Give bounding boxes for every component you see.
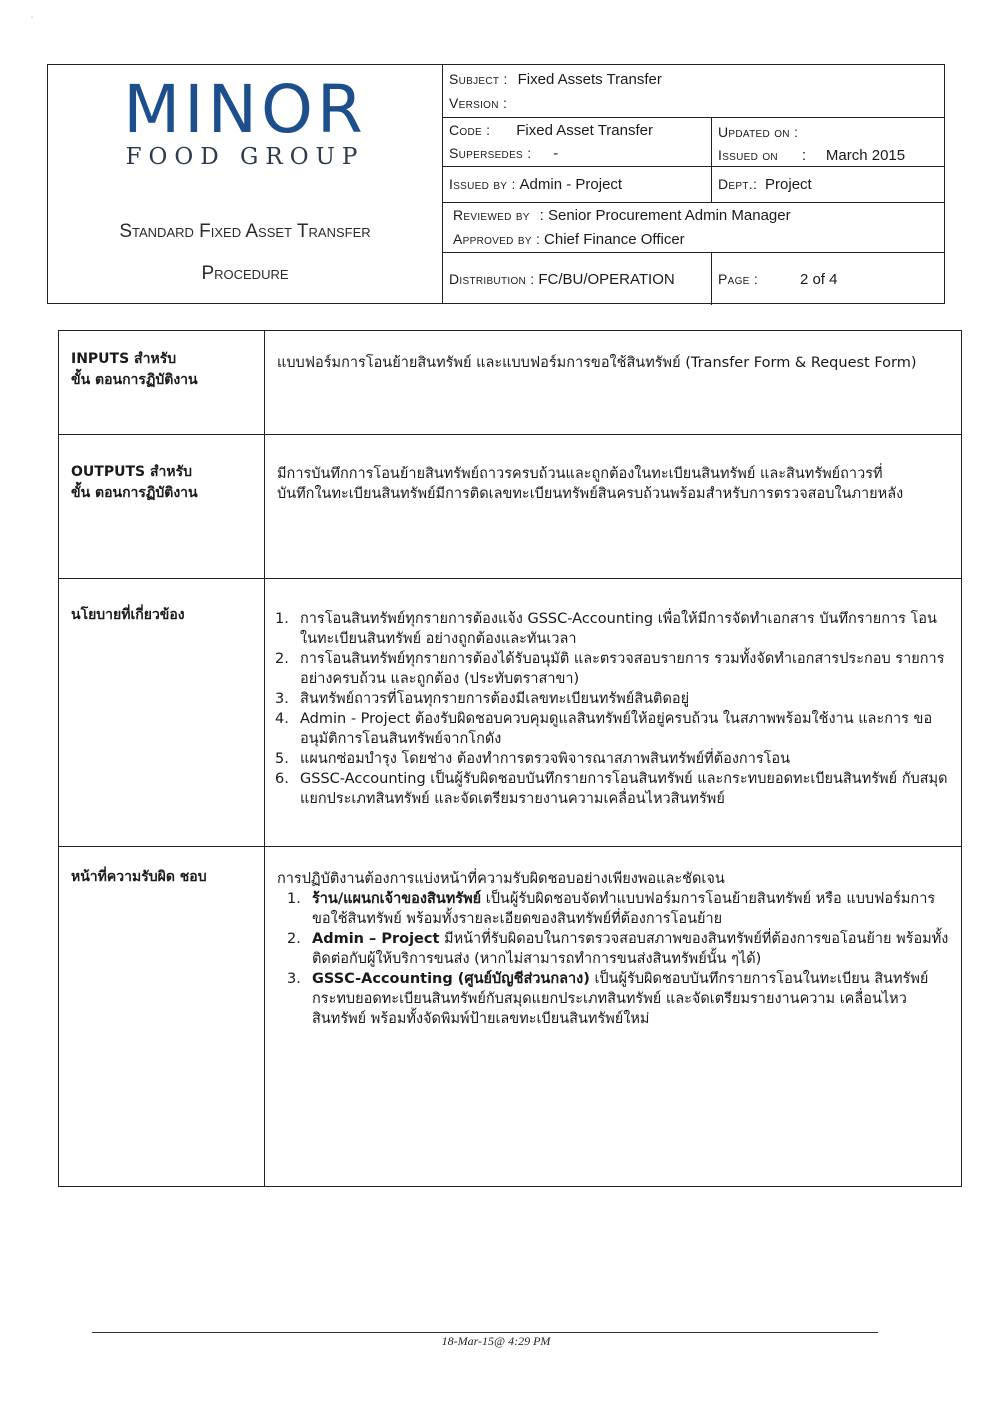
code-column: Code : Fixed Asset Transfer Supersedes :… [443, 118, 711, 166]
row-outputs: OUTPUTS สำหรับ ขั้น ตอนการฏิบัติงาน มีกา… [59, 435, 961, 579]
policy-label-cell: นโยบายที่เกี่ยวข้อง [59, 579, 265, 846]
inputs-label-line1: INPUTS สำหรับ [71, 349, 198, 370]
document-title-line2: Procedure [48, 253, 442, 295]
responsibility-list: 1.ร้าน/แผนกเจ้าของสินทรัพย์ เป็นผู้รับผิ… [287, 889, 953, 1029]
document-title: Standard Fixed Asset Transfer Procedure [48, 211, 442, 295]
supersedes-label: Supersedes : [449, 145, 531, 161]
issued-by-label: Issued by : [449, 176, 516, 192]
row-responsibility: หน้าที่ความรับผิด ชอบ การปฏิบัติงานต้องก… [59, 847, 961, 1186]
footer-timestamp: 18-Mar-15@ 4:29 PM [0, 1334, 992, 1349]
supersedes-value: - [553, 145, 558, 162]
policy-item: 6.GSSC-Accounting เป็นผู้รับผิดชอบบันทึก… [275, 769, 953, 809]
updated-on-label: Updated on : [718, 124, 798, 140]
meta-row-subject: Subject : Fixed Assets Transfer Version … [443, 65, 944, 118]
issued-by-value: Admin - Project [520, 176, 623, 193]
policy-content-cell: 1.การโอนสินทรัพย์ทุกรายการต้องแจ้ง GSSC-… [265, 579, 961, 846]
code-value: Fixed Asset Transfer [516, 122, 653, 139]
document-header: MINOR FOOD GROUP Standard Fixed Asset Tr… [47, 64, 945, 304]
meta-row-code: Code : Fixed Asset Transfer Supersedes :… [443, 118, 944, 167]
responsibility-content-cell: การปฏิบัติงานต้องการแบ่งหน้าที่ความรับผิ… [265, 847, 961, 1186]
issued-on-separator: : [802, 147, 806, 164]
responsibility-item: 1.ร้าน/แผนกเจ้าของสินทรัพย์ เป็นผู้รับผิ… [287, 889, 953, 929]
outputs-label-cell: OUTPUTS สำหรับ ขั้น ตอนการฏิบัติงาน [59, 435, 265, 578]
issued-on-value: March 2015 [826, 147, 905, 164]
subject-label: Subject : [449, 71, 508, 87]
approved-by-label: Approved by : [453, 231, 540, 247]
logo-cell: MINOR FOOD GROUP Standard Fixed Asset Tr… [48, 65, 443, 303]
code-field: Code : Fixed Asset Transfer [449, 122, 653, 139]
version-field: Version : [449, 95, 507, 112]
outputs-text-line2: บันทึกในทะเบียนสินทรัพย์มีการติดเลขทะเบี… [277, 484, 953, 504]
policy-item: 1.การโอนสินทรัพย์ทุกรายการต้องแจ้ง GSSC-… [275, 609, 953, 649]
outputs-text-line1: มีการบันทึกการโอนย้ายสินทรัพย์ถาวรครบถ้ว… [277, 464, 953, 484]
dept-field: Dept.: Project [718, 176, 812, 193]
dept-value: Project [765, 176, 812, 193]
footer-divider [92, 1332, 878, 1333]
meta-row-review: Reviewed by : Senior Procurement Admin M… [443, 203, 944, 253]
issued-by-field: Issued by : Admin - Project [449, 176, 622, 193]
page-value: 2 of 4 [800, 271, 838, 288]
meta-row-distribution: Distribution : FC/BU/OPERATION Page : 2 … [443, 253, 944, 305]
issued-on-label: Issued on [718, 147, 778, 163]
subject-field: Subject : Fixed Assets Transfer [449, 71, 662, 88]
version-label: Version : [449, 95, 507, 111]
dates-column: Updated on : Issued on : March 2015 [711, 118, 944, 166]
row-policy: นโยบายที่เกี่ยวข้อง 1.การโอนสินทรัพย์ทุก… [59, 579, 961, 847]
scan-artifact: ◦ [30, 14, 34, 22]
page-field: Page : 2 of 4 [718, 271, 837, 288]
updated-on-field: Updated on : [718, 124, 798, 141]
distribution-value: FC/BU/OPERATION [538, 271, 674, 288]
inputs-label: INPUTS สำหรับ ขั้น ตอนการฏิบัติงาน [71, 349, 198, 391]
distribution-field: Distribution : FC/BU/OPERATION [449, 271, 675, 288]
responsibility-item: 3.GSSC-Accounting (ศูนย์บัญชีส่วนกลาง) เ… [287, 969, 953, 1029]
policy-label: นโยบายที่เกี่ยวข้อง [71, 605, 185, 626]
distribution-column: Distribution : FC/BU/OPERATION [443, 253, 711, 305]
distribution-label: Distribution : [449, 271, 534, 287]
company-logo-subtitle: FOOD GROUP [48, 146, 442, 169]
outputs-label-line2: ขั้น ตอนการฏิบัติงาน [71, 483, 198, 504]
subject-value: Fixed Assets Transfer [518, 71, 662, 88]
supersedes-field: Supersedes : - [449, 145, 558, 162]
page-label: Page : [718, 271, 758, 287]
inputs-text: แบบฟอร์มการโอนย้ายสินทรัพย์ และแบบฟอร์มก… [277, 353, 953, 373]
responsibility-label: หน้าที่ความรับผิด ชอบ [71, 867, 207, 888]
inputs-content-cell: แบบฟอร์มการโอนย้ายสินทรัพย์ และแบบฟอร์มก… [265, 331, 961, 434]
policy-item: 4.Admin - Project ต้องรับผิดชอบควบคุมดูแ… [275, 709, 953, 749]
procedure-table: INPUTS สำหรับ ขั้น ตอนการฏิบัติงาน แบบฟอ… [58, 330, 962, 1187]
outputs-text: มีการบันทึกการโอนย้ายสินทรัพย์ถาวรครบถ้ว… [277, 464, 953, 504]
policy-item: 3.สินทรัพย์ถาวรที่โอนทุกรายการต้องมีเลขท… [275, 689, 953, 709]
reviewed-by-value: : Senior Procurement Admin Manager [540, 207, 791, 224]
responsibility-intro: การปฏิบัติงานต้องการแบ่งหน้าที่ความรับผิ… [277, 869, 953, 889]
meta-row-issued-by: Issued by : Admin - Project Dept.: Proje… [443, 167, 944, 203]
inputs-label-line2: ขั้น ตอนการฏิบัติงาน [71, 370, 198, 391]
reviewed-by-field: Reviewed by : Senior Procurement Admin M… [453, 207, 791, 224]
outputs-label-line1: OUTPUTS สำหรับ [71, 462, 198, 483]
company-logo-brand: MINOR [48, 77, 442, 143]
approved-by-field: Approved by : Chief Finance Officer [453, 231, 685, 248]
document-title-line1: Standard Fixed Asset Transfer [48, 211, 442, 253]
issued-by-column: Issued by : Admin - Project [443, 167, 711, 202]
code-label: Code : [449, 122, 490, 138]
policy-list: 1.การโอนสินทรัพย์ทุกรายการต้องแจ้ง GSSC-… [275, 609, 953, 809]
outputs-label: OUTPUTS สำหรับ ขั้น ตอนการฏิบัติงาน [71, 462, 198, 504]
approved-by-value: Chief Finance Officer [544, 231, 685, 248]
responsibility-label-cell: หน้าที่ความรับผิด ชอบ [59, 847, 265, 1186]
row-inputs: INPUTS สำหรับ ขั้น ตอนการฏิบัติงาน แบบฟอ… [59, 331, 961, 435]
page-column: Page : 2 of 4 [711, 253, 944, 305]
issued-on-field: Issued on : March 2015 [718, 147, 905, 164]
policy-item: 2.การโอนสินทรัพย์ทุกรายการต้องได้รับอนุม… [275, 649, 953, 689]
dept-column: Dept.: Project [711, 167, 944, 202]
inputs-label-cell: INPUTS สำหรับ ขั้น ตอนการฏิบัติงาน [59, 331, 265, 434]
reviewed-by-label: Reviewed by [453, 207, 530, 223]
document-metadata: Subject : Fixed Assets Transfer Version … [443, 65, 944, 303]
responsibility-item: 2.Admin – Project มีหน้าที่รับผิดอบในการ… [287, 929, 953, 969]
policy-item: 5.แผนกซ่อมบำรุง โดยช่าง ต้องทำการตรวจพิจ… [275, 749, 953, 769]
outputs-content-cell: มีการบันทึกการโอนย้ายสินทรัพย์ถาวรครบถ้ว… [265, 435, 961, 578]
dept-label: Dept.: [718, 176, 757, 192]
